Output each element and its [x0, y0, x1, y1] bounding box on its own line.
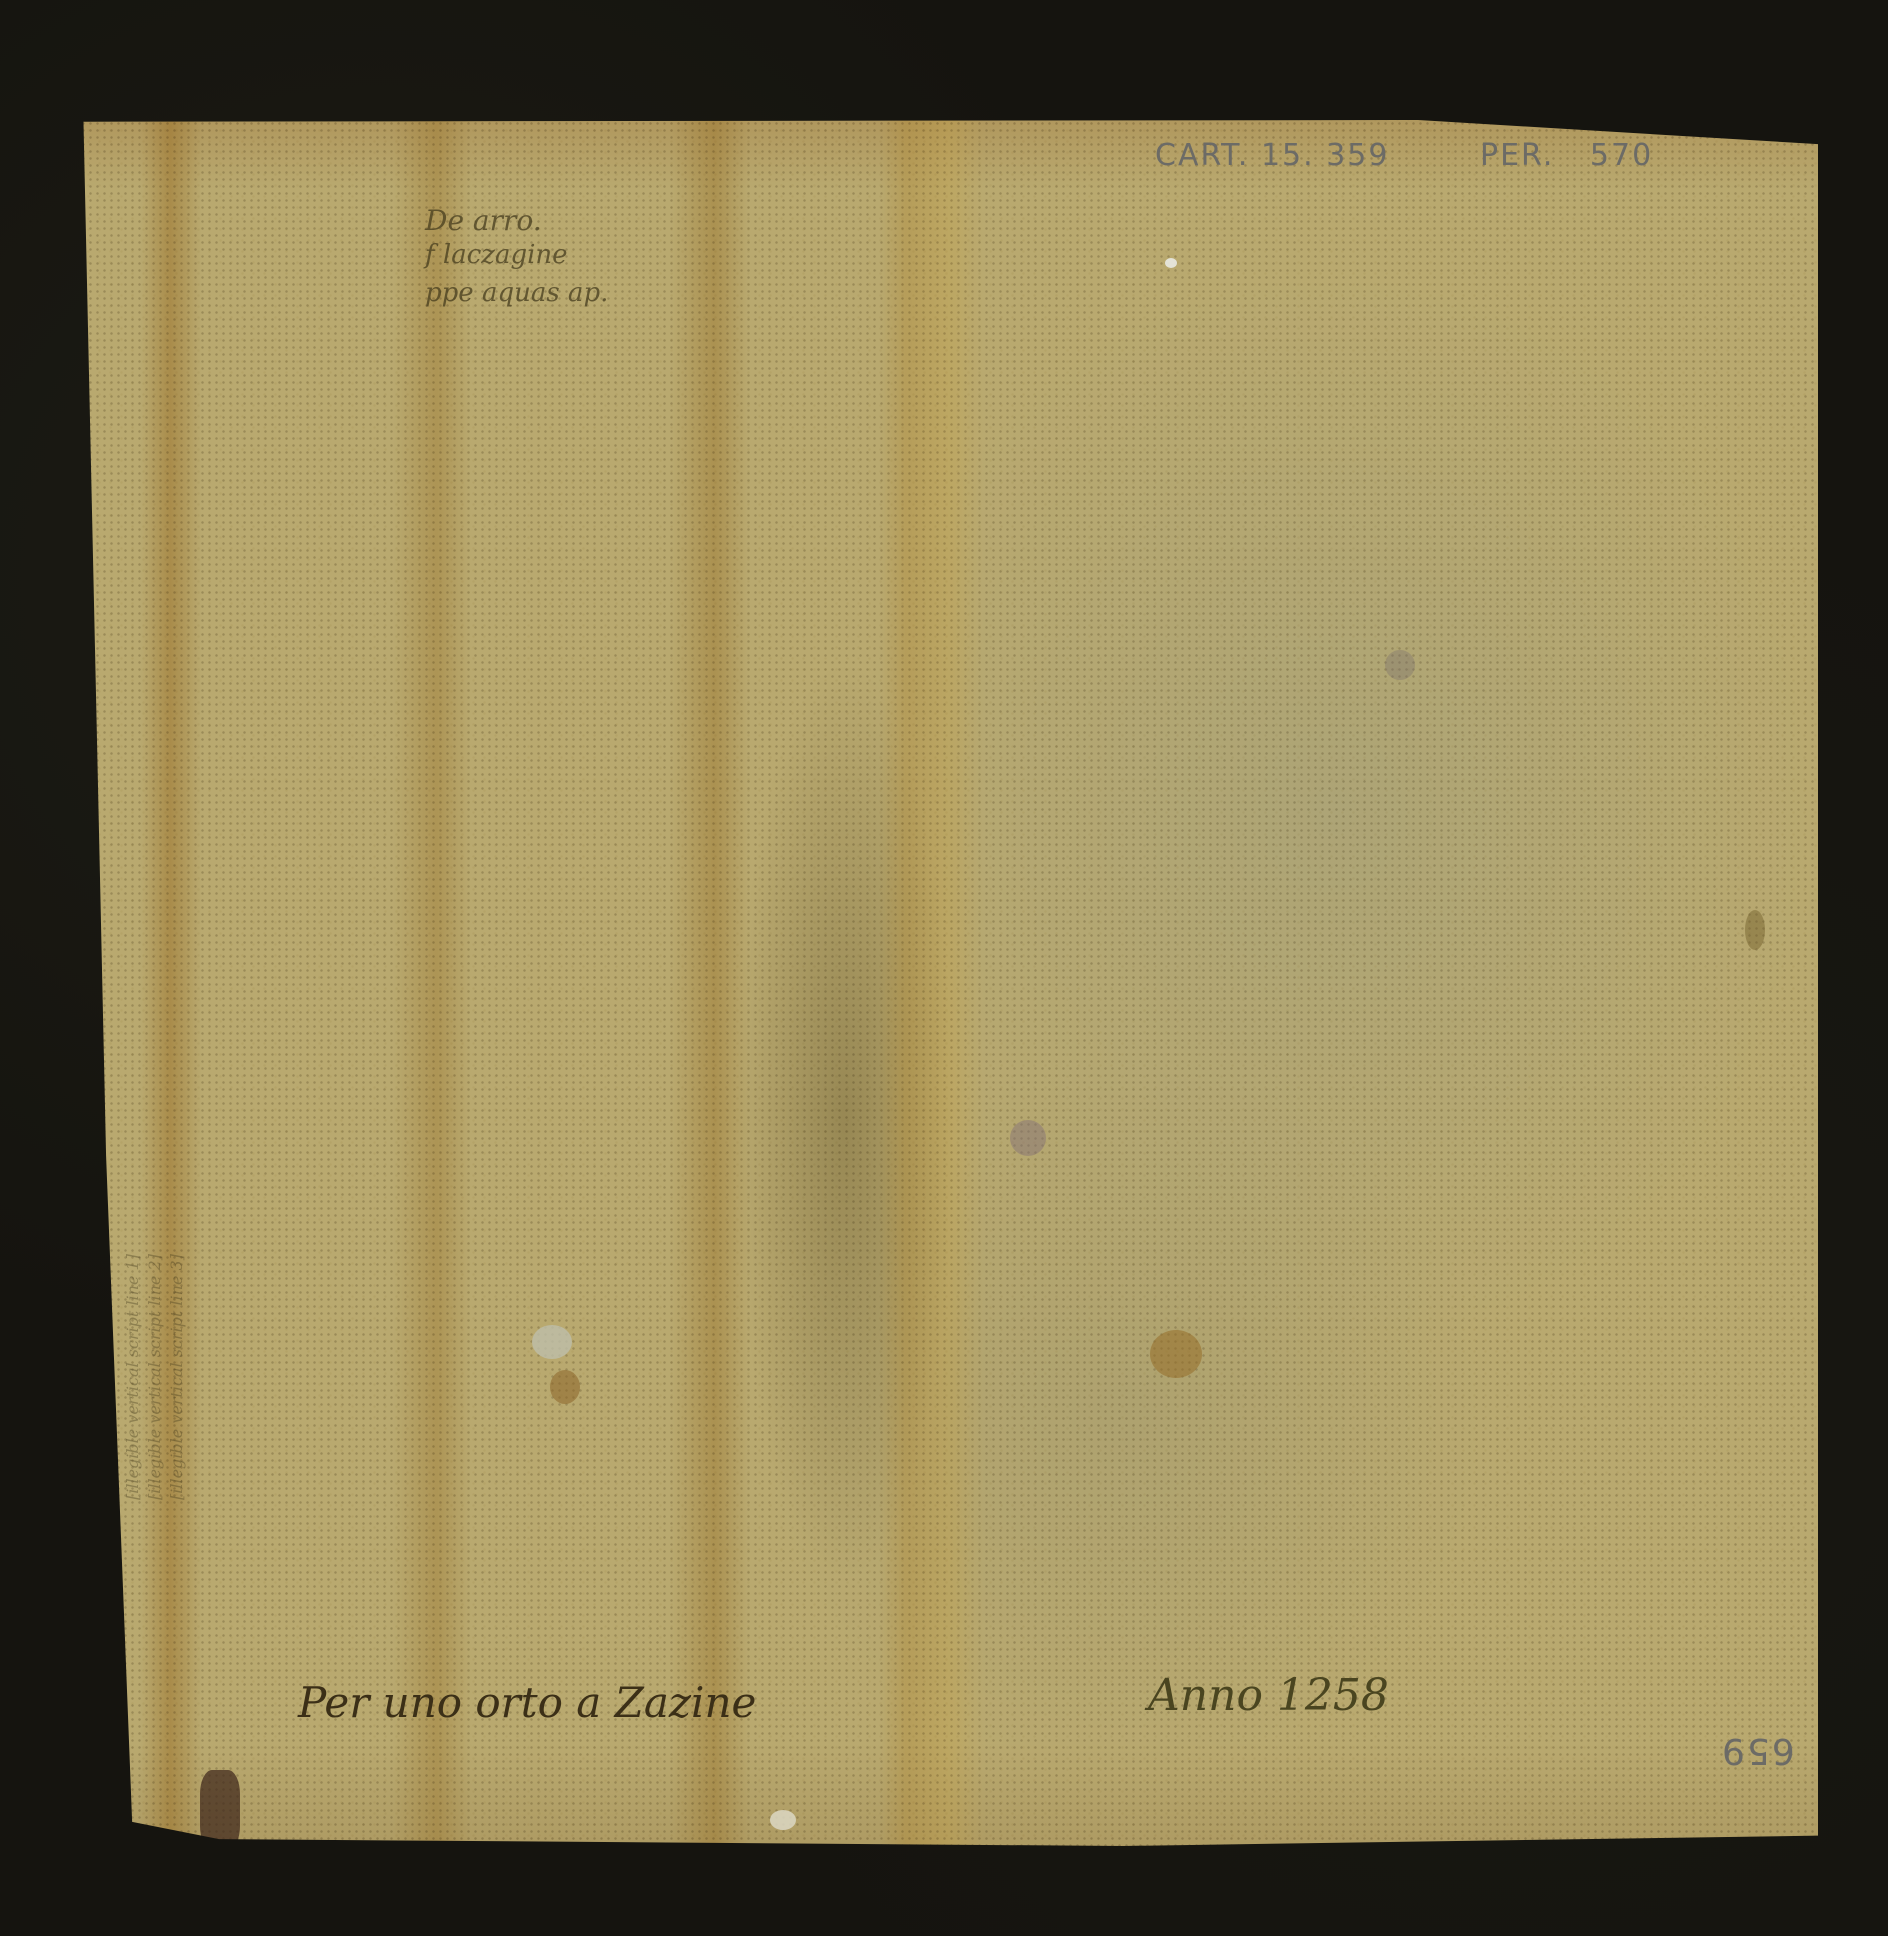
endorsement-line-2: f laczagine — [425, 240, 568, 270]
stain — [1745, 910, 1765, 950]
parchment-texture — [80, 120, 1818, 1846]
stain — [1010, 1120, 1046, 1156]
stain — [1150, 1330, 1202, 1378]
bottom-title: Per uno orto a Zazine — [298, 1678, 756, 1727]
vertical-line-2: [illegible vertical script line 2] — [144, 1170, 166, 1500]
endorsement-line-3: ppe aquas ap. — [425, 278, 608, 308]
stain — [1385, 650, 1415, 680]
endorsement-line-1: De arro. — [425, 204, 542, 237]
vertical-line-1: [illegible vertical script line 1] — [122, 1170, 144, 1500]
year-annotation: Anno 1258 — [1148, 1670, 1389, 1721]
vertical-margin-note: [illegible vertical script line 1] [ille… — [122, 1170, 188, 1500]
vertical-line-3: [illegible vertical script line 3] — [166, 1170, 188, 1500]
stain — [1165, 258, 1177, 268]
stain — [550, 1370, 580, 1404]
per-number: PER. 570 — [1480, 138, 1653, 173]
stain — [770, 1810, 796, 1830]
catalog-mark: CART. 15. 359 — [1155, 138, 1389, 173]
inverted-number: 659 — [1720, 1730, 1795, 1771]
parchment-sheet: CART. 15. 359 PER. 570 De arro. f laczag… — [80, 120, 1818, 1846]
stain — [532, 1325, 572, 1359]
